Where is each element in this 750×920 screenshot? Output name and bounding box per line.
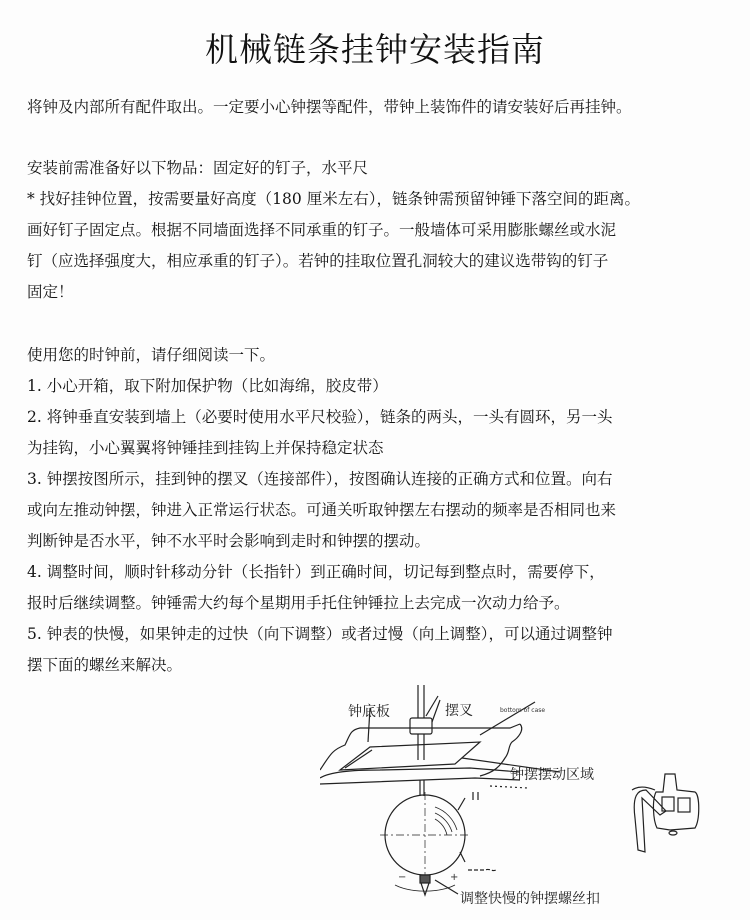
instruction-step-4-cont: 报时后继续调整。钟锤需大约每个星期用手托住钟锤拉上去完成一次动力给予。	[27, 588, 727, 619]
instruction-step-3: 3. 钟摆按图所示，挂到钟的摆叉（连接部件），按图确认连接的正确方式和位置。向右	[27, 464, 727, 495]
preparation-section: 安装前需准备好以下物品：固定好的钉子，水平尺 * 找好挂钟位置，按需要量好高度（…	[27, 153, 727, 308]
label-minus: −	[398, 872, 406, 883]
instruction-step-4: 4. 调整时间，顺时针移动分针（长指针）到正确时间，切记每到整点时，需要停下，	[27, 557, 727, 588]
preparation-line: 固定！	[27, 277, 727, 308]
label-bottom-of-case: bottom of case	[500, 707, 545, 714]
pendulum-diagram: 钟底板 摆叉 bottom of case 钟摆摆动区域 调整快慢的钟摆螺丝扣 …	[320, 680, 750, 920]
label-swing-area: 钟摆摆动区域	[510, 764, 594, 784]
instruction-step-5-cont: 摆下面的螺丝来解决。	[27, 650, 727, 681]
preparation-line: * 找好挂钟位置，按需要量好高度（180 厘米左右），链条钟需预留钟锤下落空间的…	[27, 184, 727, 215]
preparation-line: 安装前需准备好以下物品：固定好的钉子，水平尺	[27, 153, 727, 184]
label-plus: +	[450, 872, 458, 883]
instructions-heading: 使用您的时钟前，请仔细阅读一下。	[27, 340, 727, 371]
preparation-line: 钉（应选择强度大，相应承重的钉子）。若钟的挂取位置孔洞较大的建议选带钩的钉子	[27, 246, 727, 277]
instruction-step-3-cont: 判断钟是否水平，钟不水平时会影响到走时和钟摆的摆动。	[27, 526, 727, 557]
preparation-line: 画好钉子固定点。根据不同墙面选择不同承重的钉子。一般墙体可采用膨胀螺丝或水泥	[27, 215, 727, 246]
instruction-step-2-cont: 为挂钩，小心翼翼将钟锤挂到挂钩上并保持稳定状态	[27, 433, 727, 464]
intro-paragraph: 将钟及内部所有配件取出。一定要小心钟摆等配件，带钟上装饰件的请安装好后再挂钟。	[27, 92, 727, 123]
instruction-step-5: 5. 钟表的快慢，如果钟走的过快（向下调整）或者过慢（向上调整），可以通过调整钟	[27, 619, 727, 650]
instruction-step-3-cont: 或向左推动钟摆，钟进入正常运行状态。可通关听取钟摆左右摆动的频率是否相同也来	[27, 495, 727, 526]
page-title: 机械链条挂钟安装指南	[0, 24, 750, 71]
label-base-plate: 钟底板	[348, 701, 390, 721]
instruction-step-1: 1. 小心开箱，取下附加保护物（比如海绵，胶皮带）	[27, 371, 727, 402]
instructions-section: 使用您的时钟前，请仔细阅读一下。 1. 小心开箱，取下附加保护物（比如海绵，胶皮…	[27, 340, 727, 681]
instruction-step-2: 2. 将钟垂直安装到墙上（必要时使用水平尺校验），链条的两头，一头有圆环，另一头	[27, 402, 727, 433]
label-adjust-nut: 调整快慢的钟摆螺丝扣	[460, 888, 600, 908]
label-fork: 摆叉	[445, 700, 473, 720]
